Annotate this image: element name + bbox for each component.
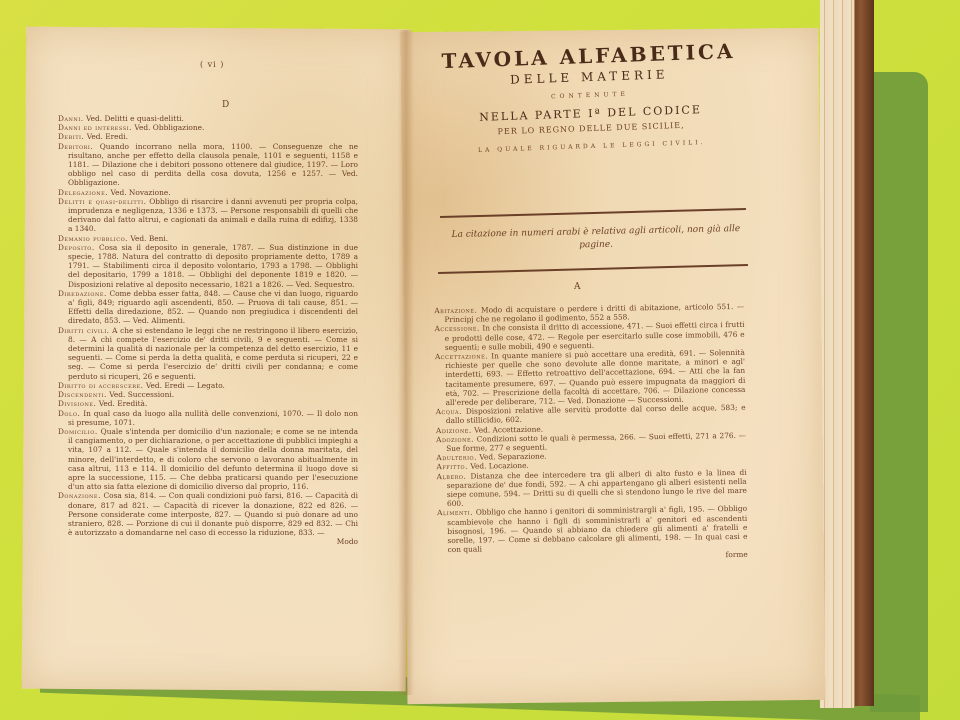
entry-heading: Danni ed interessi.	[58, 123, 132, 132]
entry-heading: Diredazione.	[58, 289, 107, 298]
entry-heading: Adozione.	[436, 434, 474, 444]
entry-text: In che consista il dritto di accessione,…	[445, 320, 745, 352]
index-entry: Accessione. In che consista il dritto di…	[434, 320, 744, 352]
entry-text: Obbligo che hanno i genitori di somminis…	[447, 504, 747, 554]
index-entry: Diritto di accrescere. Ved. Eredi — Lega…	[58, 381, 358, 390]
entry-heading: Divisione.	[58, 399, 96, 408]
entry-text: In qual caso da luogo alla nullità delle…	[68, 409, 358, 427]
entry-text: Quale s'intenda per domicilio d'un nazio…	[68, 427, 358, 491]
book-shadow-right	[870, 72, 928, 712]
entry-text: A che si estendano le leggi che ne restr…	[68, 326, 358, 381]
entry-text: Ved. Novazione.	[110, 188, 170, 197]
index-entry: Alimenti. Obbligo che hanno i genitori d…	[437, 504, 748, 554]
book-gutter	[398, 30, 414, 695]
index-entry: Danni. Ved. Delitti e quasi-delitti.	[58, 114, 358, 123]
entry-text: Ved. Obbligazione.	[134, 123, 204, 132]
section-letter-d: D	[222, 100, 229, 110]
title-line-3: CONTENUTE	[440, 87, 740, 104]
entry-text: In quante maniere si può accettare una e…	[445, 348, 745, 407]
index-entry: Diredazione. Come debba esser fatta, 848…	[58, 289, 358, 326]
index-entry: Diritti civili. A che si estendano le le…	[58, 326, 358, 381]
entry-heading: Alimenti.	[437, 508, 473, 518]
entry-heading: Diritti civili.	[58, 326, 110, 335]
entry-heading: Adizione.	[436, 425, 472, 434]
entry-text: Ved. Eredi.	[87, 132, 128, 141]
entry-text: Modo	[337, 537, 358, 546]
entry-text: Ved. Delitti e quasi-delitti.	[86, 114, 184, 123]
entry-heading: Demanio pubblico.	[58, 234, 128, 243]
entry-heading: Dolo.	[58, 409, 80, 418]
entry-text: Ved. Eredi — Legato.	[146, 381, 225, 390]
index-title-block: TAVOLA ALFABETICA DELLE MATERIE CONTENUT…	[438, 39, 742, 155]
entry-text: forme	[726, 550, 748, 559]
entry-text: Cosa sia il deposito in generale, 1787. …	[68, 243, 358, 289]
entry-heading: Diritto di accrescere.	[58, 381, 144, 390]
entry-text: Cosa sia, 814. — Con quali condizioni pu…	[68, 491, 358, 537]
index-entry: Demanio pubblico. Ved. Beni.	[58, 234, 358, 243]
index-entry: Accettazione. In quante maniere si può a…	[435, 348, 746, 408]
entry-heading: Donazione.	[58, 491, 101, 500]
index-entry: Divisione. Ved. Eredità.	[58, 399, 358, 408]
index-entry: Deposito. Cosa sia il deposito in genera…	[58, 243, 358, 289]
entry-text: Ved. Eredità.	[99, 399, 148, 408]
index-entry: Modo	[58, 537, 358, 546]
page-number: ( vi )	[200, 60, 224, 69]
entry-heading: Albero.	[437, 471, 467, 480]
entry-heading: Delitti e quasi-delitti.	[58, 197, 146, 206]
index-entry: Albero. Distanza che dee intercedere tra…	[437, 467, 747, 508]
entry-text: Ved. Beni.	[130, 234, 168, 243]
entry-text: Ved. Successioni.	[109, 390, 174, 399]
entry-heading: Discendenti.	[58, 390, 107, 399]
page-edges	[820, 0, 855, 708]
entry-heading: Delegazione.	[58, 188, 108, 197]
entry-heading: Affitto.	[436, 462, 468, 471]
entry-heading: Accessione.	[434, 324, 479, 334]
entry-heading: Accettazione.	[435, 351, 488, 361]
index-entry: Donazione. Cosa sia, 814. — Con quali co…	[58, 491, 358, 537]
entry-text: Distanza che dee intercedere tra gli alb…	[447, 467, 747, 508]
entry-heading: Abitazione.	[434, 306, 477, 316]
book-cover-edge	[852, 0, 874, 706]
entry-heading: Acqua.	[436, 407, 462, 416]
index-entry: Delegazione. Ved. Novazione.	[58, 188, 358, 197]
entry-heading: Debitori.	[58, 142, 93, 151]
entry-text: Ved. Separazione.	[479, 452, 546, 462]
entry-heading: Domicilio.	[58, 427, 98, 436]
right-entries: Abitazione. Modo di acquistare o perdere…	[434, 302, 748, 564]
entry-heading: Deposito.	[58, 243, 95, 252]
index-entry: Delitti e quasi-delitti. Obbligo di risa…	[58, 197, 358, 234]
section-letter-a: A	[574, 282, 581, 292]
entry-text: Come debba esser fatta, 848. — Cause che…	[68, 289, 358, 326]
index-entry: Debiti. Ved. Eredi.	[58, 132, 358, 141]
entry-heading: Debiti.	[58, 132, 84, 141]
left-entries: Danni. Ved. Delitti e quasi-delitti.Dann…	[58, 114, 358, 547]
index-entry: Discendenti. Ved. Successioni.	[58, 390, 358, 399]
index-entry: Dolo. In qual caso da luogo alla nullità…	[58, 409, 358, 427]
index-entry: Domicilio. Quale s'intenda per domicilio…	[58, 427, 358, 491]
entry-heading: Danni.	[58, 114, 84, 123]
index-entry: Danni ed interessi. Ved. Obbligazione.	[58, 123, 358, 132]
entry-text: Quando incorrano nella mora, 1100. — Con…	[68, 142, 358, 188]
entry-heading: Adulterio.	[436, 453, 477, 463]
index-entry: Debitori. Quando incorrano nella mora, 1…	[58, 142, 358, 188]
